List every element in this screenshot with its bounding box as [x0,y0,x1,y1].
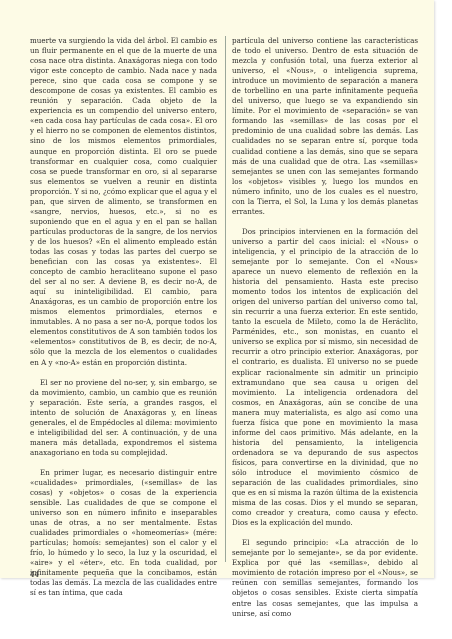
book-page: muerte va surgiendo la vida del árbol. E… [0,0,434,578]
paragraph: El ser no proviene del no-ser, y, sin em… [30,378,217,458]
paragraph: En primer lugar, es necesario distinguir… [30,468,217,599]
paragraph: Dos principios intervienen en la formaci… [232,227,418,528]
paragraph: partícula del universo contiene las cara… [232,36,418,217]
left-column: muerte va surgiendo la vida del árbol. E… [30,36,217,599]
column-divider [225,36,226,562]
paragraph: muerte va surgiendo la vida del árbol. E… [30,36,217,368]
paragraph: El segundo principio: «La atracción de l… [232,538,418,618]
page-number: 44 [30,571,39,579]
right-column: partícula del universo contiene las cara… [232,36,418,619]
